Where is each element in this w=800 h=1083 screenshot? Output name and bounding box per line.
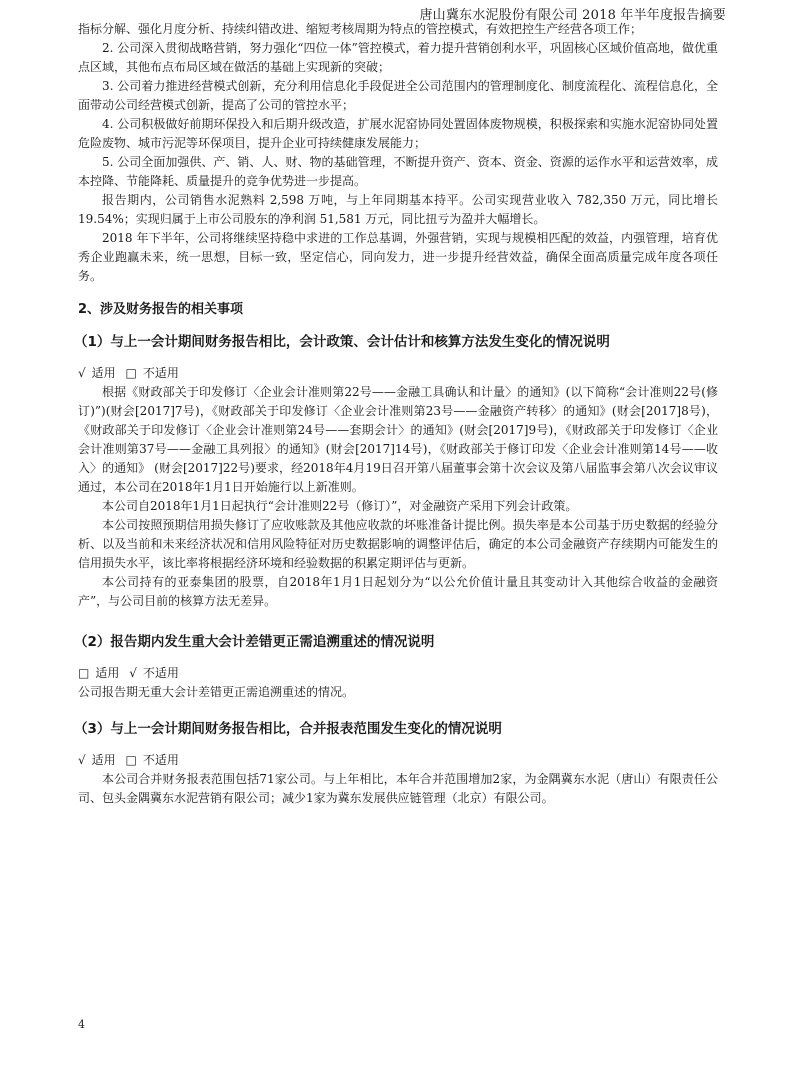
paragraph: 公司报告期无重大会计差错更正需追溯重述的情况。 [78,683,718,702]
paragraph: 指标分解、强化月度分析、持续纠错改进、缩短考核周期为特点的管控模式，有效把控生产… [78,20,718,39]
page-number: 4 [78,1018,85,1031]
document-body: 指标分解、强化月度分析、持续纠错改进、缩短考核周期为特点的管控模式，有效把控生产… [78,20,718,808]
paragraph: 2018 年下半年，公司将继续坚持稳中求进的工作总基调，外强营销，实现与规模相匹… [78,229,718,286]
paragraph: 本公司持有的亚泰集团的股票，自2018年1月1日起划分为“以公允价值计量且其变动… [78,573,718,611]
check-mark-icon: √ [78,366,86,380]
check-mark-icon: √ [78,753,86,767]
checkbox-icon: □ [126,753,137,767]
paragraph: 本公司自2018年1月1日起执行“会计准则22号（修订）”，对金融资产采用下列会… [78,497,718,516]
section-heading: 2、涉及财务报告的相关事项 [78,300,718,319]
paragraph: 报告期内，公司销售水泥熟料 2,598 万吨，与上年同期基本持平。公司实现营业收… [78,191,718,229]
option-label: 适用 [92,366,116,380]
option-label: 不适用 [143,753,179,767]
subsection-heading: （3）与上一会计期间财务报告相比，合并报表范围发生变化的情况说明 [74,720,718,739]
option-label: 不适用 [143,666,179,680]
option-label: 不适用 [143,366,179,380]
paragraph: 4. 公司积极做好前期环保投入和后期升级改造，扩展水泥窑协同处置固体废物规模，积… [78,115,718,153]
option-label: 适用 [92,753,116,767]
subsection-heading: （1）与上一会计期间财务报告相比，会计政策、会计估计和核算方法发生变化的情况说明 [74,333,718,352]
paragraph: 3. 公司着力推进经营模式创新，充分利用信息化手段促进全公司范围内的管理制度化、… [78,77,718,115]
paragraph: 本公司按照预期信用损失修订了应收账款及其他应收款的坏账准备计提比例。损失率是本公… [78,516,718,573]
checkbox-icon: □ [126,366,137,380]
checkbox-icon: □ [78,666,89,680]
paragraph: 2. 公司深入贯彻战略营销，努力强化“四位一体”管控模式，着力提升营销创利水平，… [78,39,718,77]
check-mark-icon: √ [129,666,137,680]
paragraph: 5. 公司全面加强供、产、销、人、财、物的基础管理，不断提升资产、资本、资金、资… [78,153,718,191]
applicability-options: □适用 √不适用 [78,664,718,683]
option-label: 适用 [95,666,119,680]
subsection-heading: （2）报告期内发生重大会计差错更正需追溯重述的情况说明 [74,633,718,652]
paragraph: 本公司合并财务报表范围包括71家公司。与上年相比，本年合并范围增加2家，为金隅冀… [78,770,718,808]
applicability-options: √适用 □不适用 [78,364,718,383]
applicability-options: √适用 □不适用 [78,751,718,770]
paragraph: 根据《财政部关于印发修订〈企业会计准则第22号——金融工具确认和计量〉的通知》(… [78,383,718,497]
